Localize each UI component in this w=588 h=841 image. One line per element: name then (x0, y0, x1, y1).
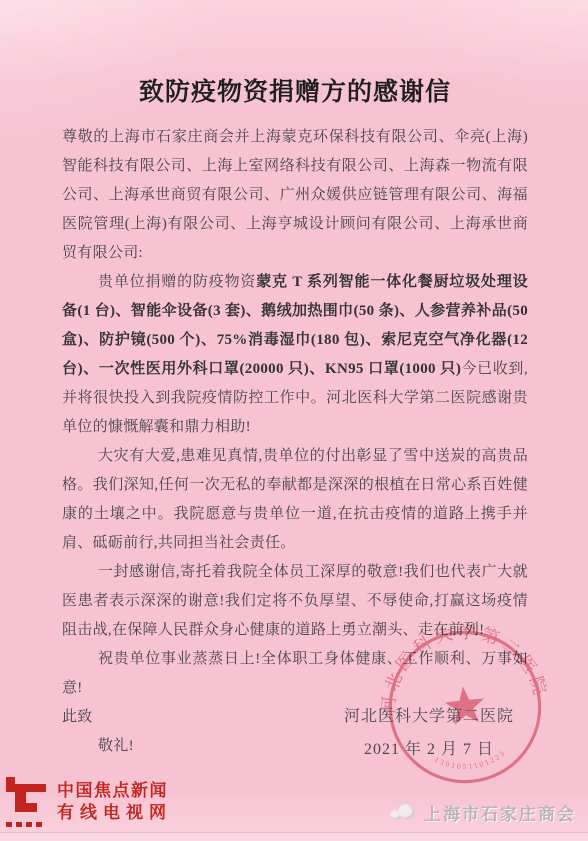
paragraph-text: 此致 (62, 709, 93, 725)
focus-news-text: 中国焦点新闻 有线电视网 (57, 780, 172, 824)
letter-page: 致防疫物资捐赠方的感谢信 尊敬的上海市石家庄商会并上海蒙克环保科技有限公司、伞亮… (0, 0, 588, 841)
letter-content: 致防疫物资捐赠方的感谢信 尊敬的上海市石家庄商会并上海蒙克环保科技有限公司、伞亮… (62, 72, 528, 761)
chamber-logo-icon (390, 802, 416, 824)
paragraph-text: 大灾有大爱,患难见真情,贵单位的付出彰显了雪中送炭的高贵品格。我们深知,任何一次… (62, 448, 528, 551)
paragraph: 尊敬的上海市石家庄商会并上海蒙克环保科技有限公司、伞亮(上海)智能科技有限公司、… (62, 123, 528, 268)
signature-block: 河北医科大学第二医院 2021 年 2 月 7 日 (314, 700, 544, 766)
paragraph-text: 祝贵单位事业蒸蒸日上!全体职工身体健康、工作顺利、万事如意! (62, 651, 528, 696)
paragraph-text: 尊敬的上海市石家庄商会并上海蒙克环保科技有限公司、伞亮(上海)智能科技有限公司、… (62, 129, 528, 261)
letter-title: 致防疫物资捐赠方的感谢信 (62, 72, 528, 108)
paragraph-text: 贵单位捐赠的防疫物资 (98, 274, 256, 290)
paragraph: 一封感谢信,寄托着我院全体员工深厚的敬意!我们也代表广大就医患者表示深深的谢意!… (62, 558, 528, 645)
paragraph: 贵单位捐赠的防疫物资蒙克 T 系列智能一体化餐厨垃圾处理设备(1 台)、智能伞设… (62, 268, 528, 442)
news-line1: 中国焦点新闻 (57, 780, 172, 802)
paragraph-text: 一封感谢信,寄托着我院全体员工深厚的敬意!我们也代表广大就医患者表示深深的谢意!… (62, 564, 528, 638)
paragraph-text: 敬礼! (98, 738, 134, 754)
letter-date: 2021 年 2 月 7 日 (314, 733, 544, 766)
news-watermark: 中国焦点新闻 有线电视网 (6, 776, 172, 828)
chamber-watermark: 上海市石家庄商会 (390, 800, 576, 825)
page-bottom-strip (0, 832, 588, 841)
paragraph: 祝贵单位事业蒸蒸日上!全体职工身体健康、工作顺利、万事如意! (62, 645, 528, 703)
paragraph: 大灾有大爱,患难见真情,贵单位的付出彰显了雪中送炭的高贵品格。我们深知,任何一次… (62, 442, 528, 558)
signature: 河北医科大学第二医院 (314, 700, 544, 733)
news-line2: 有线电视网 (57, 802, 172, 824)
chamber-name: 上海市石家庄商会 (424, 800, 576, 825)
letter-body: 尊敬的上海市石家庄商会并上海蒙克环保科技有限公司、伞亮(上海)智能科技有限公司、… (62, 123, 528, 761)
focus-news-logo-icon (6, 776, 48, 828)
